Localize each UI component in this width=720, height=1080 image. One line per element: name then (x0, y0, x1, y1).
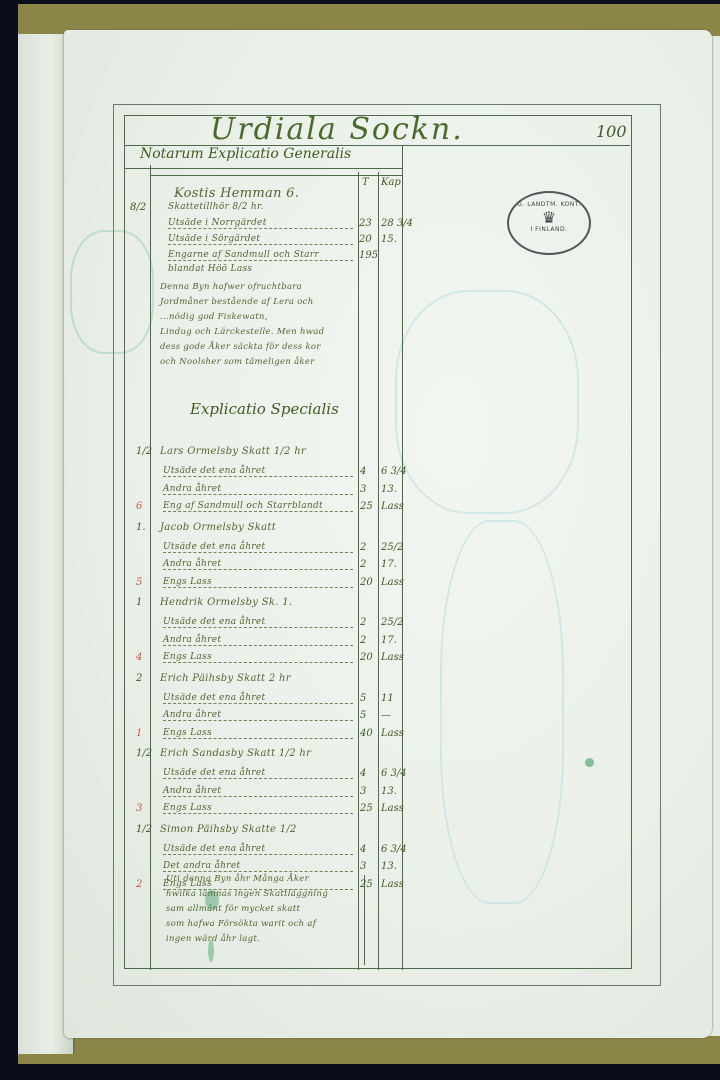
entry-value-2: Lass (381, 879, 404, 890)
stamp-bottom-text: I FINLAND. (509, 226, 589, 233)
entry-value-2: Lass (381, 652, 404, 663)
entry-value-2: 17. (381, 559, 397, 570)
crown-icon: ♛ (509, 210, 589, 226)
entry-value-2: 11 (381, 693, 394, 704)
margin-note: 1/2 (136, 748, 152, 759)
entry-value-1: 2 (360, 617, 366, 628)
entry-text: Eng af Sandmull och Starrblandt (163, 501, 353, 512)
margin-note: 1/2 (136, 824, 152, 835)
stamp-top-text: G. LANDTM. KONT. (509, 201, 589, 208)
margin-note: 4 (136, 652, 142, 663)
entry-value-2: Lass (381, 501, 404, 512)
entry-value-2: 25/2 (381, 542, 403, 553)
entry-text: Utsäde det ena åhret (163, 542, 353, 553)
entry-value-2: 6 3/4 (381, 844, 407, 855)
entry-text: Engs Lass (163, 728, 353, 739)
entry-value-1: 5 (360, 693, 366, 704)
margin-note: 1/2 (136, 446, 152, 457)
entry-value-2: 13. (381, 861, 397, 872)
page-title: Urdiala Sockn. (210, 112, 464, 147)
entry-text: Kostis Hemman 6. (174, 186, 324, 201)
entry-value-1: 40 (360, 728, 373, 739)
entry-text: Engs Lass (163, 652, 353, 663)
entry-value-2: 25/2 (381, 617, 403, 628)
entry-text: Andra åhret (163, 484, 353, 495)
column-header-2: Kap (381, 177, 401, 188)
note-line: Denna Byn hafwer ofruchtbara (160, 282, 302, 292)
entry-text: Andra åhret (163, 559, 353, 570)
entry-text: Utsäde det ena åhret (163, 617, 353, 628)
margin-note: 1 (136, 728, 142, 739)
entry-value-2: 13. (381, 786, 397, 797)
entry-value-2: 13. (381, 484, 397, 495)
entry-text: Det andra åhret (163, 861, 353, 872)
entry-value-1: 4 (360, 466, 366, 477)
entry-value-1: 20 (360, 652, 373, 663)
entry-value-1: 2 (360, 559, 366, 570)
entry-value-1: 195 (359, 250, 378, 261)
entry-text: Utsäde det ena åhret (163, 693, 353, 704)
holder-name: Lars Ormelsby Skatt 1/2 hr (160, 446, 350, 457)
entry-value-1: 20 (360, 577, 373, 588)
margin-note: 6 (136, 501, 142, 512)
margin-note: 1 (136, 597, 142, 608)
entry-text: Skattetillhör 8/2 hr. (168, 202, 353, 212)
entry-text: Utsäde det ena åhret (163, 768, 353, 779)
section-heading-special: Explicatio Specialis (190, 400, 339, 418)
entry-value-1: 2 (360, 635, 366, 646)
note-line: dess gode Åker säckta för dess kor (160, 342, 321, 352)
text-column-right-rule (358, 172, 359, 970)
margin-note: 1. (136, 522, 146, 533)
entry-value-2: 17. (381, 635, 397, 646)
note-line: Jordmåner bestående af Lera och (160, 297, 314, 307)
holder-name: Simon Päihsby Skatte 1/2 (160, 824, 350, 835)
value-column-rule (378, 172, 379, 970)
entry-value-1: 3 (360, 484, 366, 495)
note-line: ...nödig god Fiskewatn, (160, 312, 268, 322)
entry-text: Utsäde det ena åhret (163, 844, 353, 855)
entry-value-1: 4 (360, 844, 366, 855)
holder-name: Jacob Ormelsby Skatt (160, 522, 350, 533)
margin-column-rule (150, 165, 151, 970)
archive-stamp: G. LANDTM. KONT. ♛ I FINLAND. (507, 191, 591, 255)
entry-value-2: 6 3/4 (381, 466, 407, 477)
margin-note: 8/2 (130, 202, 146, 213)
margin-note: 2 (136, 879, 142, 890)
entry-value-1: 25 (360, 803, 373, 814)
entry-value-1: 3 (360, 861, 366, 872)
entry-value-2: Lass (381, 577, 404, 588)
entry-text: Utsäde det ena åhret (163, 466, 353, 477)
entry-value-1: 23 (359, 218, 372, 229)
ink-blot (585, 758, 594, 767)
column-header-1: T (362, 177, 369, 188)
note-line: och Noolsher som tämeligen åker (160, 357, 315, 367)
general-header-rule (124, 168, 402, 169)
entry-text: Utsäde i Sörgärdet (168, 234, 353, 245)
entry-text: Engarne af Sandmull och Starr (168, 250, 353, 261)
note-line: Lindug och Lärckestelle. Men hwad (160, 327, 324, 337)
entry-value-2: — (381, 710, 391, 721)
margin-note: 2 (136, 673, 142, 684)
holder-name: Erich Sandasby Skatt 1/2 hr (160, 748, 350, 759)
entry-value-1: 25 (360, 501, 373, 512)
entry-value-2: 15. (381, 234, 397, 245)
entry-value-1: 20 (359, 234, 372, 245)
closing-line: Uti denna Byn åhr Många Åker (166, 874, 309, 884)
entry-text: Andra åhret (163, 635, 353, 646)
section-heading-general: Notarum Explicatio Generalis (140, 146, 351, 162)
entry-value-2: 6 3/4 (381, 768, 407, 779)
entry-value-1: 3 (360, 786, 366, 797)
closing-line: sam allmänt för mycket skatt (166, 904, 300, 914)
entry-text: Andra åhret (163, 710, 353, 721)
margin-note: 3 (136, 803, 142, 814)
entry-value-1: 25 (360, 879, 373, 890)
holder-name: Hendrik Ormelsby Sk. 1. (160, 597, 350, 608)
holder-name: Erich Päihsby Skatt 2 hr (160, 673, 350, 684)
closing-line: ingen wärd åhr lagt. (166, 934, 260, 944)
entry-text: Engs Lass (163, 803, 353, 814)
entry-text: Andra åhret (163, 786, 353, 797)
entry-value-1: 2 (360, 542, 366, 553)
closing-line: hwilka lämnas ingen Skattläggning (166, 889, 328, 899)
entry-value-2: 28 3/4 (381, 218, 413, 229)
closing-line: som hafwa Försökta warit och af (166, 919, 316, 929)
entry-text: Utsäde i Norrgärdet (168, 218, 353, 229)
entry-value-2: Lass (381, 728, 404, 739)
entry-value-2: Lass (381, 803, 404, 814)
column-header-rule (150, 175, 402, 176)
entry-text: Engs Lass (163, 577, 353, 588)
entry-value-1: 4 (360, 768, 366, 779)
entry-text: blandat Höö Lass (168, 264, 353, 274)
margin-note: 5 (136, 577, 142, 588)
folio-number: 100 (596, 122, 627, 141)
entry-value-1: 5 (360, 710, 366, 721)
